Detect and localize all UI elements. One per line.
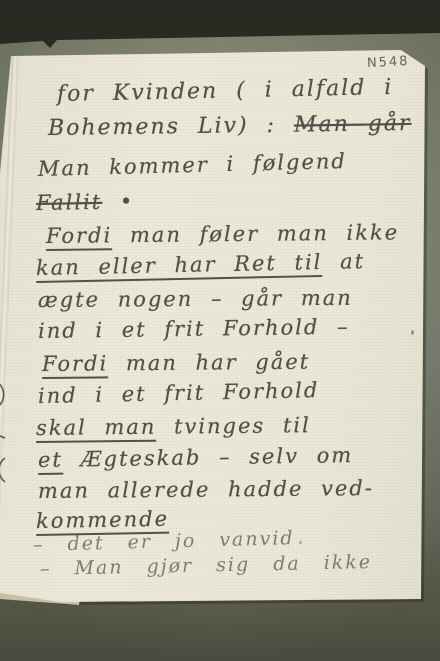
handwriting-segment: Man går [294, 111, 412, 138]
handwriting-segment: Fordi [42, 351, 108, 379]
handwriting-line: Fordi man føler man ikke [46, 220, 399, 248]
handwriting-segment: Fallit [36, 190, 103, 215]
handwriting-segment: • [102, 189, 134, 214]
handwriting-line: et Ægteskab – selv om [38, 443, 354, 472]
handwriting-segment: at [322, 249, 365, 274]
handwriting-line: kommende [36, 507, 169, 533]
handwriting-line: Man kommer i følgend [38, 149, 347, 181]
archive-number: N548 [367, 54, 410, 71]
handwriting-segment: skal man [36, 415, 157, 443]
handwriting-line: ind i et frit Forhold – [38, 315, 350, 343]
handwriting-segment: man føler man ikke [112, 220, 399, 247]
handwriting-segment: Ægteskab – selv om [63, 443, 354, 472]
handwriting-segment: Bohemens Liv) : [48, 113, 294, 141]
handwriting-segment: ægte nogen – går man [38, 286, 353, 312]
handwriting-line: man allerede hadde ved- [38, 476, 374, 503]
handwriting-line: ind i et frit Forhold [38, 378, 320, 408]
handwriting-line: skal man tvinges til [36, 413, 311, 440]
handwriting-line: Fallit • [36, 189, 135, 215]
handwriting-segment: Fordi [46, 223, 113, 251]
handwriting-line: – Man gjør sig da ikke [40, 551, 373, 580]
handwriting-segment: ind i et frit Forhold – [38, 315, 350, 343]
handwriting-segment: et [38, 448, 63, 475]
handwriting-segment: man har gået [108, 350, 310, 376]
manuscript-page: N548 for Kvinden ( i alfald iBohemens Li… [0, 0, 440, 661]
handwriting-segment: tvinges til [156, 413, 311, 439]
handwriting-line: ægte nogen – går man [38, 286, 353, 312]
handwriting-line: kan eller har Ret til at [36, 249, 366, 280]
handwriting-line: Fordi man har gået [42, 350, 310, 376]
handwriting-segment: kan eller har Ret til [36, 250, 323, 283]
handwriting-line: Bohemens Liv) : Man går [48, 111, 412, 141]
ink-speck [411, 330, 414, 335]
pencil-speck [299, 541, 302, 544]
handwriting-segment: Man kommer i følgend [38, 149, 347, 181]
handwriting-segment: ind i et frit Forhold [38, 378, 320, 408]
stray-ink-marks [0, 378, 15, 488]
handwriting-segment: man allerede hadde ved- [38, 476, 374, 503]
handwriting-segment: – Man gjør sig da ikke [40, 551, 373, 580]
manuscript-photo: N548 for Kvinden ( i alfald iBohemens Li… [0, 0, 440, 661]
handwriting-line: for Kvinden ( i alfald i [57, 75, 394, 107]
handwriting-segment: for Kvinden ( i alfald i [57, 75, 394, 107]
